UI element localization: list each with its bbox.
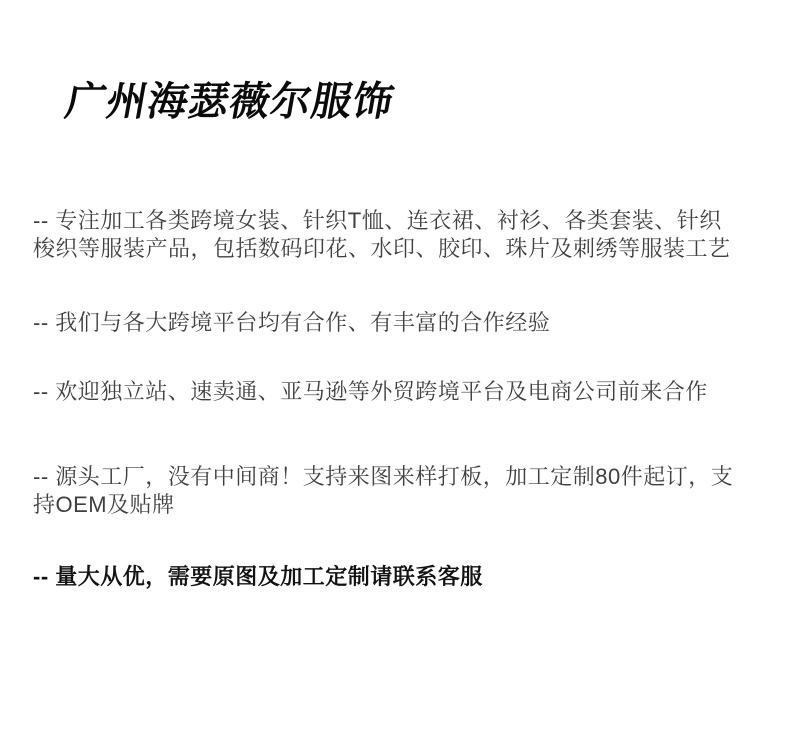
paragraph-bulk-discount-contact: -- 量大从优，需要原图及加工定制请联系客服: [33, 563, 738, 591]
promo-page: 广州海瑟薇尔服饰 -- 专注加工各类跨境女装、针织T恤、连衣裙、衬衫、各类套装、…: [0, 0, 800, 750]
paragraph-welcome-cooperation: -- 欢迎独立站、速卖通、亚马逊等外贸跨境平台及电商公司前来合作: [33, 378, 738, 406]
paragraph-line: -- 专注加工各类跨境女装、针织T恤、连衣裙、衬衫、各类套装、针织: [33, 207, 738, 235]
company-title: 广州海瑟薇尔服饰: [62, 80, 398, 124]
paragraph-factory-oem: -- 源头工厂，没有中间商！支持来图来样打板，加工定制80件起订，支 持OEM及…: [33, 463, 738, 519]
paragraph-line: 梭织等服装产品，包括数码印花、水印、胶印、珠片及刺绣等服装工艺: [33, 235, 738, 263]
paragraph-products-and-craft: -- 专注加工各类跨境女装、针织T恤、连衣裙、衬衫、各类套装、针织 梭织等服装产…: [33, 207, 738, 263]
paragraph-line: -- 源头工厂，没有中间商！支持来图来样打板，加工定制80件起订，支: [33, 463, 738, 491]
paragraph-line: 持OEM及贴牌: [33, 491, 738, 519]
paragraph-platform-experience: -- 我们与各大跨境平台均有合作、有丰富的合作经验: [33, 309, 738, 337]
paragraph-line: -- 我们与各大跨境平台均有合作、有丰富的合作经验: [33, 309, 738, 337]
paragraph-line: -- 量大从优，需要原图及加工定制请联系客服: [33, 563, 738, 591]
paragraph-line: -- 欢迎独立站、速卖通、亚马逊等外贸跨境平台及电商公司前来合作: [33, 378, 738, 406]
